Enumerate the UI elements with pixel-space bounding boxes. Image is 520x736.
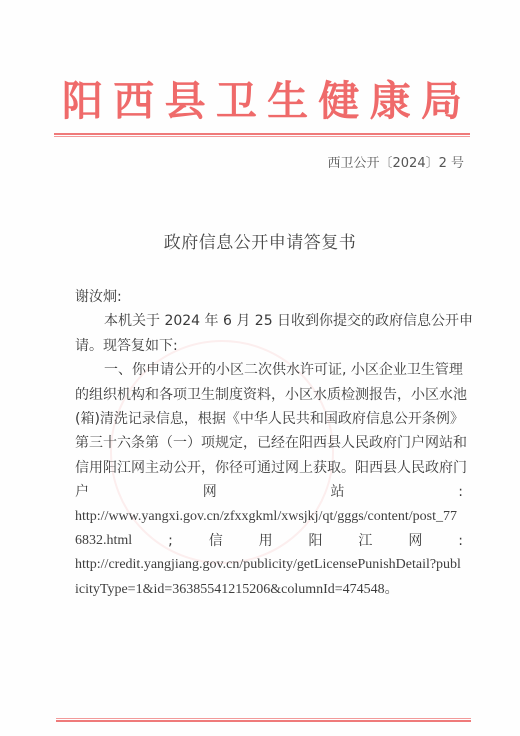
salutation: 谢汝炯:: [75, 285, 463, 309]
document-body: 谢汝炯: 本机关于 2024 年 6 月 25 日收到你提交的政府信息公开申 请…: [75, 285, 463, 602]
paragraph-line: 一、你申请公开的小区二次供水许可证, 小区企业卫生管理: [75, 358, 463, 382]
letterhead-char: 局: [421, 76, 462, 126]
yangxi-portal-url-line2[interactable]: 6832.html: [75, 529, 132, 553]
letterhead-char: 卫: [216, 76, 257, 126]
credit-yangjiang-url-line1[interactable]: http://credit.yangjiang.gov.cn/publicity…: [75, 553, 463, 577]
spread-word: 江: [358, 529, 372, 553]
letterhead-char: 康: [370, 76, 411, 126]
spread-word: :: [458, 480, 463, 504]
letterhead-char: 西: [113, 76, 154, 126]
spread-word: ;: [168, 529, 173, 553]
paragraph-line: 本机关于 2024 年 6 月 25 日收到你提交的政府信息公开申: [75, 309, 463, 333]
paragraph-line-spread: 户 网 站 :: [75, 480, 463, 504]
spread-word: 户: [75, 480, 89, 504]
letterhead-char: 生: [267, 76, 308, 126]
paragraph-line: 第三十六条第（一）项规定，已经在阳西县人民政府门户网站和: [75, 431, 463, 455]
paragraph-line: (箱)清洗记录信息，根据《中华人民共和国政府信息公开条例》: [75, 407, 463, 431]
paragraph-line: 信用阳江网主动公开，你径可通过网上获取。阳西县人民政府门: [75, 456, 463, 480]
spread-word: 网: [203, 480, 217, 504]
red-rule-thick: [54, 133, 470, 135]
red-rule-thick: [56, 720, 471, 722]
red-rule-thin: [54, 136, 470, 137]
spread-word: 网: [408, 529, 422, 553]
paragraph-line-spread: 6832.html ; 信 用 阳 江 网 :: [75, 529, 463, 553]
document-page: 阳 西 县 卫 生 健 康 局 西卫公开〔2024〕2 号 政府信息公开申请答复…: [0, 0, 520, 736]
letterhead-char: 阳: [62, 76, 103, 126]
spread-word: :: [458, 529, 463, 553]
document-number: 西卫公开〔2024〕2 号: [328, 152, 465, 171]
footer-red-rule: [56, 718, 471, 723]
paragraph-line: 请。现答复如下:: [75, 334, 463, 358]
document-heading: 政府信息公开申请答复书: [0, 228, 520, 253]
spread-word: 信: [209, 529, 223, 553]
spread-word: 站: [331, 480, 345, 504]
letterhead-char: 健: [318, 76, 359, 126]
red-rule-thin: [56, 718, 471, 719]
yangxi-portal-url-line1[interactable]: http://www.yangxi.gov.cn/zfxxgkml/xwsjkj…: [75, 505, 463, 529]
letterhead-red-rule: [54, 133, 470, 138]
org-letterhead-title: 阳 西 县 卫 生 健 康 局: [62, 76, 462, 126]
letterhead-char: 县: [165, 76, 206, 126]
paragraph-line: 的组织机构和各项卫生制度资料，小区水质检测报告，小区水池: [75, 383, 463, 407]
credit-yangjiang-url-line2[interactable]: icityType=1&id=36385541215206&columnId=4…: [75, 578, 463, 602]
spread-word: 用: [259, 529, 273, 553]
spread-word: 阳: [309, 529, 323, 553]
